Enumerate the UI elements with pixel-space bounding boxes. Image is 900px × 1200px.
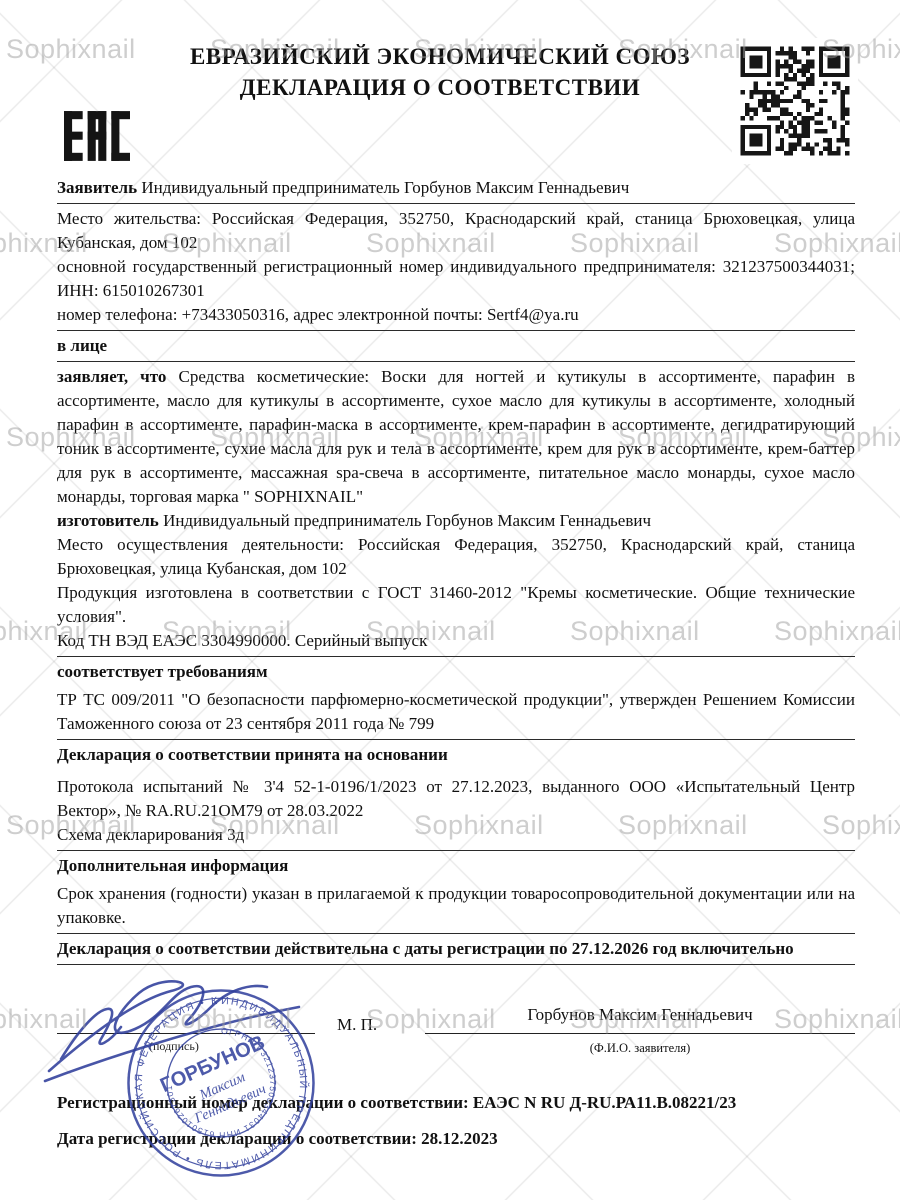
basis-heading: Декларация о соответствии принята на осн…	[57, 743, 855, 767]
applicant-fio: Горбунов Максим Геннадьевич	[425, 1003, 855, 1027]
complies-text: ТР ТС 009/2011 "О безопасности парфюмерн…	[57, 688, 855, 736]
in-person-line: в лице	[57, 334, 855, 358]
manufacturer-line: изготовитель Индивидуальный предпринимат…	[57, 509, 855, 533]
registration-date-line: Дата регистрации декларации о соответств…	[57, 1127, 855, 1151]
document-body: Заявитель Индивидуальный предприниматель…	[57, 176, 855, 1200]
applicant-label: Заявитель	[57, 178, 137, 197]
declares-label: заявляет, что	[57, 367, 166, 386]
declares-value: Средства косметические: Воски для ногтей…	[57, 367, 855, 506]
in-person-label: в лице	[57, 336, 107, 355]
manufacturer-label: изготовитель	[57, 511, 159, 530]
divider	[57, 656, 855, 657]
watermark-text: Sophixnail	[6, 34, 136, 65]
divider	[57, 361, 855, 362]
additional-label: Дополнительная информация	[57, 856, 288, 875]
handwritten-signature	[43, 963, 343, 1083]
fio-caption: (Ф.И.О. заявителя)	[425, 1036, 855, 1060]
residence-line: Место жительства: Российская Федерация, …	[57, 207, 855, 255]
registration-number-line: Регистрационный номер декларации о соотв…	[57, 1091, 855, 1115]
eac-conformity-mark-icon	[64, 96, 130, 181]
gost-line: Продукция изготовлена в соответствии с Г…	[57, 581, 855, 629]
tnved-line: Код ТН ВЭД ЕАЭС 3304990000. Серийный вып…	[57, 629, 855, 653]
scheme-line: Схема декларирования 3д	[57, 823, 855, 847]
phone-line: номер телефона: +73433050316, адрес элек…	[57, 303, 855, 327]
basis-label: Декларация о соответствии принята на осн…	[57, 745, 448, 764]
ogrnip-line: основной государственный регистрационный…	[57, 255, 855, 303]
document-title: ДЕКЛАРАЦИЯ О СООТВЕТСТВИИ	[150, 75, 730, 101]
signature-and-registration-block: (подпись) М. П. Горбунов Максим Геннадье…	[57, 977, 855, 1200]
divider	[57, 933, 855, 934]
divider	[57, 330, 855, 331]
declaration-document-page: SophixnailSophixnailSophixnailSophixnail…	[0, 0, 900, 1200]
basis-text: Протокола испытаний № 3'4 52-1-0196/1/20…	[57, 775, 855, 823]
divider	[57, 739, 855, 740]
union-title: ЕВРАЗИЙСКИЙ ЭКОНОМИЧЕСКИЙ СОЮЗ	[150, 44, 730, 70]
signature-zone: (подпись) М. П. Горбунов Максим Геннадье…	[57, 977, 855, 1061]
applicant-value: Индивидуальный предприниматель Горбунов …	[141, 178, 629, 197]
applicant-line: Заявитель Индивидуальный предприниматель…	[57, 176, 855, 200]
additional-text: Срок хранения (годности) указан в прилаг…	[57, 882, 855, 930]
complies-heading: соответствует требованиям	[57, 660, 855, 684]
qr-code	[732, 38, 858, 164]
divider	[57, 850, 855, 851]
stamp-place-label: М. П.	[337, 1013, 377, 1037]
signature-caption: (подпись)	[149, 1034, 199, 1058]
validity-text: Декларация о соответствии действительна …	[57, 939, 794, 958]
divider	[57, 964, 855, 965]
fio-line	[425, 1033, 855, 1034]
validity-line: Декларация о соответствии действительна …	[57, 937, 855, 961]
complies-label: соответствует требованиям	[57, 662, 268, 681]
activity-place-line: Место осуществления деятельности: Россий…	[57, 533, 855, 581]
declares-line: заявляет, что Средства косметические: Во…	[57, 365, 855, 509]
divider	[57, 203, 855, 204]
manufacturer-value: Индивидуальный предприниматель Горбунов …	[163, 511, 651, 530]
additional-heading: Дополнительная информация	[57, 854, 855, 878]
document-header: ЕВРАЗИЙСКИЙ ЭКОНОМИЧЕСКИЙ СОЮЗ ДЕКЛАРАЦИ…	[150, 44, 730, 101]
